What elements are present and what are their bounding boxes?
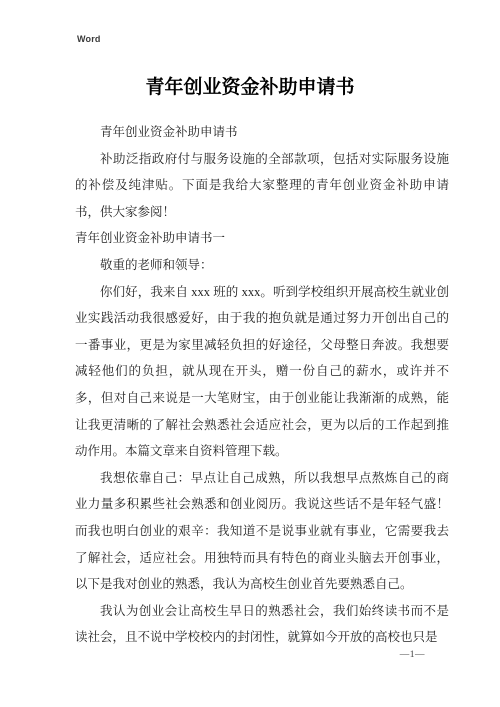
paragraph: 你们好，我来自 xxx 班的 xxx。听到学校组织开展高校生就业创业实践活动我很…: [75, 279, 449, 465]
page-number: —1—: [400, 650, 425, 660]
document-title: 青年创业资金补助申请书: [0, 72, 500, 99]
paragraph: 敬重的老师和领导：: [75, 252, 449, 279]
document-page: Word 青年创业资金补助申请书 青年创业资金补助申请书补助泛指政府付与服务设施…: [0, 0, 500, 707]
paragraph: 我认为创业会让高校生早日的熟悉社会，我们始终读书而不是读社会，且不说中学校校内的…: [75, 598, 449, 651]
paragraph: 青年创业资金补助申请书: [75, 119, 449, 146]
document-body: 青年创业资金补助申请书补助泛指政府付与服务设施的全部款项，包括对实际服务设施的补…: [75, 119, 449, 651]
paragraph: 我想依靠自己：早点让自己成熟，所以我想早点熬炼自己的商业力量多积累些社会熟悉和创…: [75, 465, 449, 598]
paragraph: 青年创业资金补助申请书一: [75, 225, 449, 252]
word-app-label: Word: [77, 34, 101, 44]
paragraph: 补助泛指政府付与服务设施的全部款项，包括对实际服务设施的补偿及纯津贴。下面是我给…: [75, 146, 449, 226]
